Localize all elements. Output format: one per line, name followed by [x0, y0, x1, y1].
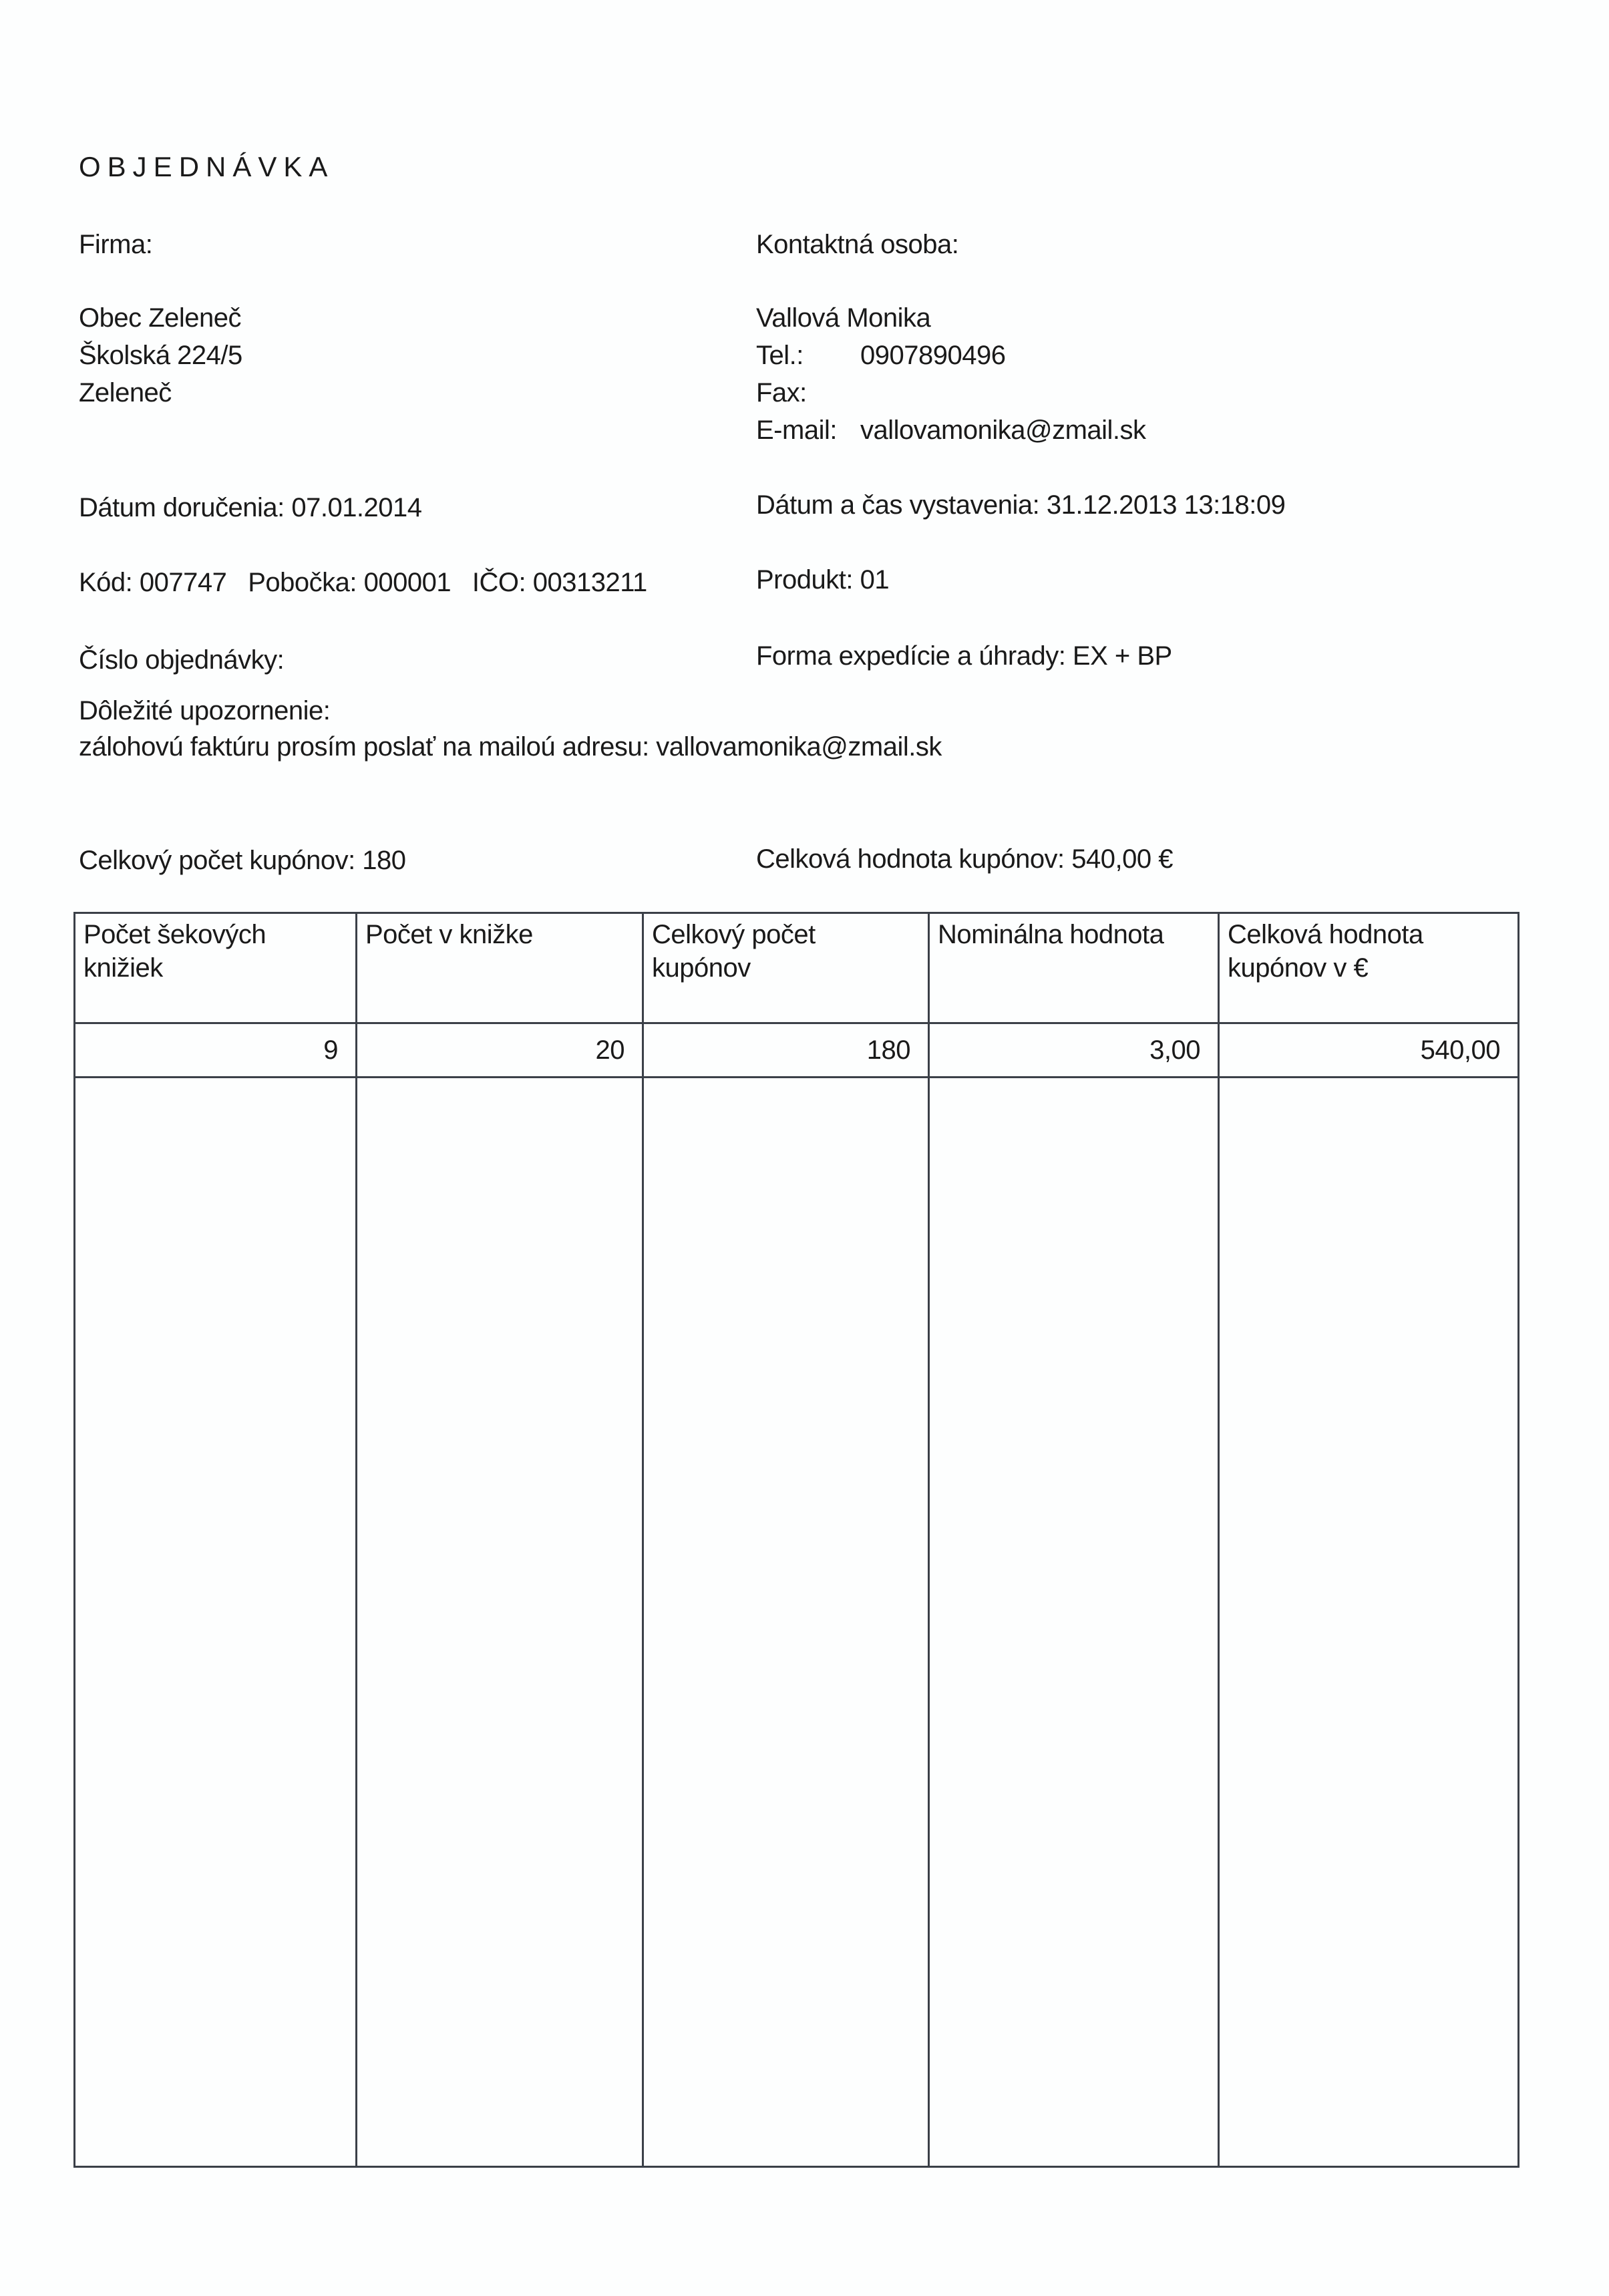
order-table: Počet šekových knižiek Počet v knižke Ce…	[73, 912, 1519, 2168]
email-label: E-mail:	[756, 414, 860, 446]
delivery-date: Dátum doručenia: 07.01.2014	[79, 492, 422, 524]
tel-label: Tel.:	[756, 339, 860, 371]
cell-total-value: 540,00	[1219, 1023, 1519, 1078]
cell-total-coupons: 180	[643, 1023, 929, 1078]
order-number-label: Číslo objednávky:	[79, 644, 284, 676]
company-street: Školská 224/5	[79, 339, 242, 371]
company-city: Zeleneč	[79, 377, 172, 409]
cell-per-book: 20	[357, 1023, 643, 1078]
header-nominal-value: Nominálna hodnota	[929, 913, 1219, 1023]
table-header-row: Počet šekových knižiek Počet v knižke Ce…	[75, 913, 1519, 1023]
header-total-value: Celková hodnota kupónov v €	[1219, 913, 1519, 1023]
contact-name: Vallová Monika	[756, 302, 930, 334]
total-value: Celková hodnota kupónov: 540,00 €	[756, 843, 1173, 875]
header-per-book: Počet v knižke	[357, 913, 643, 1023]
tel-value: 0907890496	[860, 341, 1005, 370]
header-books-count: Počet šekových knižiek	[75, 913, 357, 1023]
email-value: vallovamonika@zmail.sk	[860, 416, 1146, 445]
header-total-coupons: Celkový počet kupónov	[643, 913, 929, 1023]
company-label: Firma:	[79, 228, 152, 261]
company-name: Obec Zeleneč	[79, 302, 241, 334]
notice-text: zálohovú faktúru prosím poslať na mailoú…	[79, 731, 942, 763]
product: Produkt: 01	[756, 564, 889, 596]
fax-label: Fax:	[756, 377, 860, 409]
cell-books-count: 9	[75, 1023, 357, 1078]
cell-nominal-value: 3,00	[929, 1023, 1219, 1078]
shipping-payment: Forma expedície a úhrady: EX + BP	[756, 640, 1172, 672]
total-count: Celkový počet kupónov: 180	[79, 844, 406, 876]
contact-email: E-mail:vallovamonika@zmail.sk	[756, 414, 1146, 446]
contact-tel: Tel.:0907890496	[756, 339, 1005, 371]
notice-label: Dôležité upozornenie:	[79, 695, 330, 727]
contact-fax: Fax:	[756, 377, 860, 409]
codes-line: Kód: 007747 Pobočka: 000001 IČO: 0031321…	[79, 566, 647, 599]
document-title: OBJEDNÁVKA	[79, 151, 334, 183]
table-row: 9 20 180 3,00 540,00	[75, 1023, 1519, 1078]
contact-label: Kontaktná osoba:	[756, 228, 958, 261]
table-empty-area	[75, 1078, 1519, 2167]
issue-datetime: Dátum a čas vystavenia: 31.12.2013 13:18…	[756, 489, 1285, 521]
